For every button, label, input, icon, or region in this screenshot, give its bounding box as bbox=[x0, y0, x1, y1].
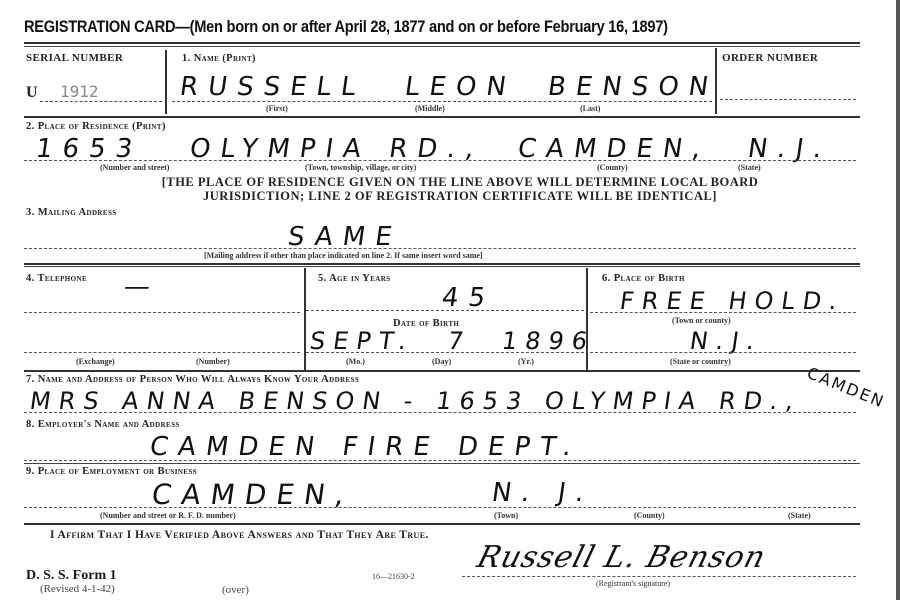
rule bbox=[590, 352, 856, 353]
employment-town-caption: (Town) bbox=[494, 511, 518, 520]
rule bbox=[24, 412, 856, 413]
day-caption: (Day) bbox=[432, 357, 451, 366]
employment-state: N. J. bbox=[490, 478, 596, 508]
card-title: REGISTRATION CARD—(Men born on or after … bbox=[24, 17, 668, 37]
residence-notice: [THE PLACE OF RESIDENCE GIVEN ON THE LIN… bbox=[70, 175, 850, 203]
divider bbox=[586, 268, 588, 370]
last-caption: (Last) bbox=[580, 104, 600, 113]
mailing-caption: [Mailing address if other than place ind… bbox=[204, 251, 483, 260]
rule bbox=[40, 101, 162, 102]
serial-prefix: U bbox=[26, 84, 38, 102]
birthplace-label: 6. Place of Birth bbox=[602, 273, 685, 284]
street-caption: (Number and street) bbox=[100, 163, 169, 172]
mailing-label: 3. Mailing Address bbox=[26, 207, 117, 218]
middle-caption: (Middle) bbox=[415, 104, 445, 113]
rule bbox=[306, 352, 584, 353]
contact-value: MRS ANNA BENSON - 1653 OLYMPIA RD., bbox=[28, 387, 803, 415]
residence-label: 2. Place of Residence (Print) bbox=[26, 121, 166, 132]
serial-number-value: 1912 bbox=[60, 82, 99, 101]
signature-line bbox=[462, 576, 856, 577]
state-caption: (State) bbox=[738, 163, 761, 172]
first-caption: (First) bbox=[266, 104, 288, 113]
rule bbox=[24, 463, 860, 464]
last-name: BENSON bbox=[546, 72, 720, 102]
contact-label: 7. Name and Address of Person Who Will A… bbox=[26, 374, 359, 385]
notice-line-2: JURISDICTION; LINE 2 OF REGISTRATION CER… bbox=[70, 189, 850, 203]
employment-street-caption: (Number and street or R. F. D. number) bbox=[100, 511, 236, 520]
employment-county-caption: (County) bbox=[634, 511, 665, 520]
rule bbox=[24, 370, 860, 372]
birth-state: N.J. bbox=[688, 327, 764, 355]
rule bbox=[24, 352, 300, 353]
year-caption: (Yr.) bbox=[518, 357, 534, 366]
form-id: D. S. S. Form 1 bbox=[26, 568, 117, 584]
rule bbox=[590, 312, 856, 313]
rule bbox=[24, 523, 860, 525]
rule bbox=[24, 116, 860, 118]
employer-label: 8. Employer's Name and Address bbox=[26, 419, 180, 430]
exchange-caption: (Exchange) bbox=[76, 357, 115, 366]
dob-day: 7 bbox=[446, 327, 473, 355]
card-edge bbox=[896, 0, 900, 600]
employer-value: CAMDEN FIRE DEPT. bbox=[148, 432, 583, 462]
telephone-value: — bbox=[122, 272, 152, 302]
birth-town: FREE HOLD. bbox=[618, 287, 847, 315]
signature-caption: (Registrant's signature) bbox=[596, 579, 670, 588]
notice-line-1: [THE PLACE OF RESIDENCE GIVEN ON THE LIN… bbox=[70, 175, 850, 189]
print-code: 16—21630-2 bbox=[372, 572, 415, 581]
employment-state-caption: (State) bbox=[788, 511, 811, 520]
birth-town-caption: (Town or county) bbox=[672, 316, 731, 325]
age-value: 45 bbox=[440, 283, 497, 313]
dob-month: SEPT. bbox=[308, 327, 416, 355]
town-caption: (Town, township, village, or city) bbox=[305, 163, 416, 172]
middle-name: LEON bbox=[403, 72, 518, 102]
affirmation: I Affirm That I Have Verified Above Answ… bbox=[50, 529, 429, 541]
rule bbox=[24, 266, 860, 267]
order-number-label: ORDER NUMBER bbox=[722, 52, 818, 64]
order-number-field bbox=[720, 99, 856, 100]
month-caption: (Mo.) bbox=[346, 357, 365, 366]
rule bbox=[24, 248, 856, 249]
rule bbox=[24, 507, 856, 508]
serial-number-label: SERIAL NUMBER bbox=[26, 52, 123, 64]
telephone-label: 4. Telephone bbox=[26, 273, 87, 284]
registrant-signature: Russell L. Benson bbox=[473, 540, 769, 575]
divider bbox=[165, 50, 167, 114]
over-note: (over) bbox=[222, 584, 249, 596]
county-caption: (County) bbox=[597, 163, 628, 172]
divider bbox=[304, 268, 306, 370]
rule bbox=[24, 160, 856, 161]
rule bbox=[24, 460, 856, 461]
registration-card: REGISTRATION CARD—(Men born on or after … bbox=[0, 0, 900, 600]
rule bbox=[24, 42, 860, 44]
rule bbox=[24, 312, 300, 313]
divider bbox=[715, 48, 717, 114]
rule bbox=[172, 101, 712, 102]
rule bbox=[24, 263, 860, 265]
form-revised: (Revised 4-1-42) bbox=[40, 583, 115, 595]
name-label: 1. Name (Print) bbox=[182, 53, 256, 64]
dob-year: 1896 bbox=[500, 327, 597, 355]
employment-place-label: 9. Place of Employment or Business bbox=[26, 466, 197, 477]
age-label: 5. Age in Years bbox=[318, 273, 391, 284]
rule bbox=[306, 310, 584, 311]
birth-state-caption: (State or country) bbox=[670, 357, 731, 366]
number-caption: (Number) bbox=[196, 357, 230, 366]
first-name: RUSSELL bbox=[178, 72, 368, 102]
rule bbox=[24, 46, 860, 47]
